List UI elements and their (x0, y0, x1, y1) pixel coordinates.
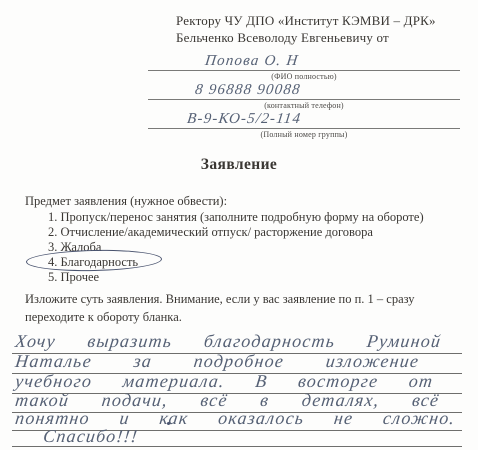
subject-item-5: 5. Прочее (48, 270, 424, 285)
statement-handwritten-line-2: Наталье за подробное изложение (14, 351, 421, 372)
addressee-line-1: Ректору ЧУ ДПО «Институт КЭМВИ – ДРК» (176, 12, 436, 29)
subject-list: 1. Пропуск/перенос занятия (заполните по… (48, 210, 424, 285)
instruction-text: Изложите суть заявления. Внимание, если … (25, 291, 477, 326)
subject-item-2: 2. Отчисление/академический отпуск/ раст… (48, 225, 424, 240)
group-number-handwritten-value: В-9-КО-5/2-114 (186, 111, 302, 128)
document-title: Заявление (0, 156, 478, 174)
statement-handwritten-line-3: учебного материала. В восторге от (14, 371, 435, 392)
phone-handwritten-value: 8 96888 90088 (194, 82, 302, 99)
subject-label: Предмет заявления (нужное обвести): (25, 194, 227, 209)
statement-handwritten-line-1: Хочу выразить благодарность Руминой (14, 331, 443, 352)
group-number-field: В-9-КО-5/2-114 (148, 104, 460, 129)
full-name-field: Попова О. Н (148, 46, 460, 71)
addressee-line-2: Бельченко Всеволоду Евгеньевичу от (176, 29, 436, 46)
group-number-caption: (Полный номер группы) (148, 130, 460, 139)
addressee-block: Ректору ЧУ ДПО «Институт КЭМВИ – ДРК» Бе… (176, 12, 436, 46)
ink-dot (167, 422, 170, 425)
full-name-handwritten-value: Попова О. Н (204, 53, 299, 70)
statement-handwritten-line-6: Спасибо!!! (42, 426, 245, 447)
application-form-scan: Ректору ЧУ ДПО «Институт КЭМВИ – ДРК» Бе… (0, 0, 478, 450)
phone-field: 8 96888 90088 (148, 75, 460, 100)
subject-item-1: 1. Пропуск/перенос занятия (заполните по… (48, 210, 424, 225)
